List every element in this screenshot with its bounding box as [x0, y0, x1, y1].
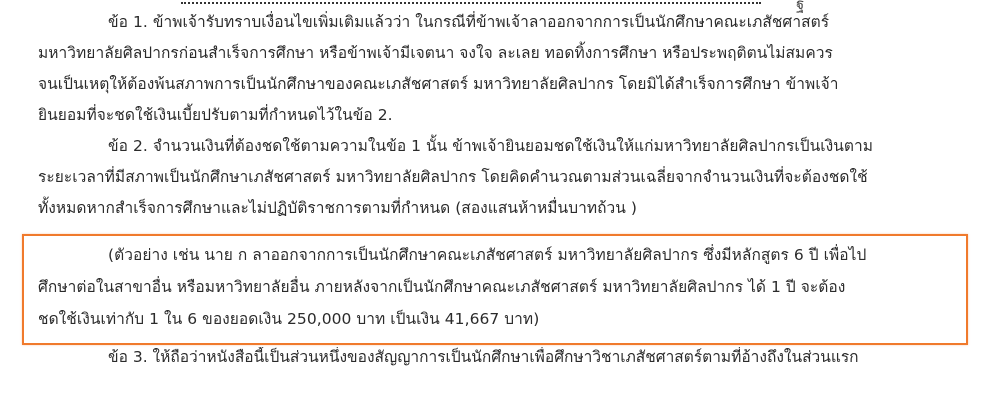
clause-1-line-1: ข้อ 1. ข้าพเจ้ารับทราบเงื่อนไขเพิ่มเติมแ… [108, 7, 1000, 37]
clause-1-line-4: ยินยอมที่จะชดใช้เงินเบี้ยปรับตามที่กำหนด… [38, 100, 968, 130]
dotted-fill-line [181, 2, 761, 4]
clause-3: ข้อ 3. ให้ถือว่าหนังสือนี้เป็นส่วนหนึ่งข… [108, 347, 978, 369]
example-line-2: ศึกษาต่อในสาขาอื่น หรือมหาวิทยาลัยอื่น ภ… [38, 272, 968, 302]
clause-1-line-3: จนเป็นเหตุให้ต้องพ้นสภาพการเป็นนักศึกษาข… [38, 69, 968, 99]
clause-2-line-1: ข้อ 2. จำนวนเงินที่ต้องชดใช้ตามความในข้อ… [108, 131, 1000, 161]
clause-2-line-2: ระยะเวลาที่มีสภาพเป็นนักศึกษาเภสัชศาสตร์… [38, 162, 968, 192]
example-line-3: ชดใช้เงินเท่ากับ 1 ใน 6 ของยอดเงิน 250,0… [38, 304, 968, 334]
example-line-1: (ตัวอย่าง เช่น นาย ก ลาออกจากการเป็นนักศ… [108, 240, 1000, 270]
clause-1-line-2: มหาวิทยาลัยศิลปากรก่อนสำเร็จการศึกษา หรื… [38, 38, 968, 68]
clause-2-line-3: ทั้งหมดหากสำเร็จการศึกษาและไม่ปฏิบัติราช… [38, 193, 968, 223]
clause-3-line-1: ข้อ 3. ให้ถือว่าหนังสือนี้เป็นส่วนหนึ่งข… [108, 347, 859, 369]
